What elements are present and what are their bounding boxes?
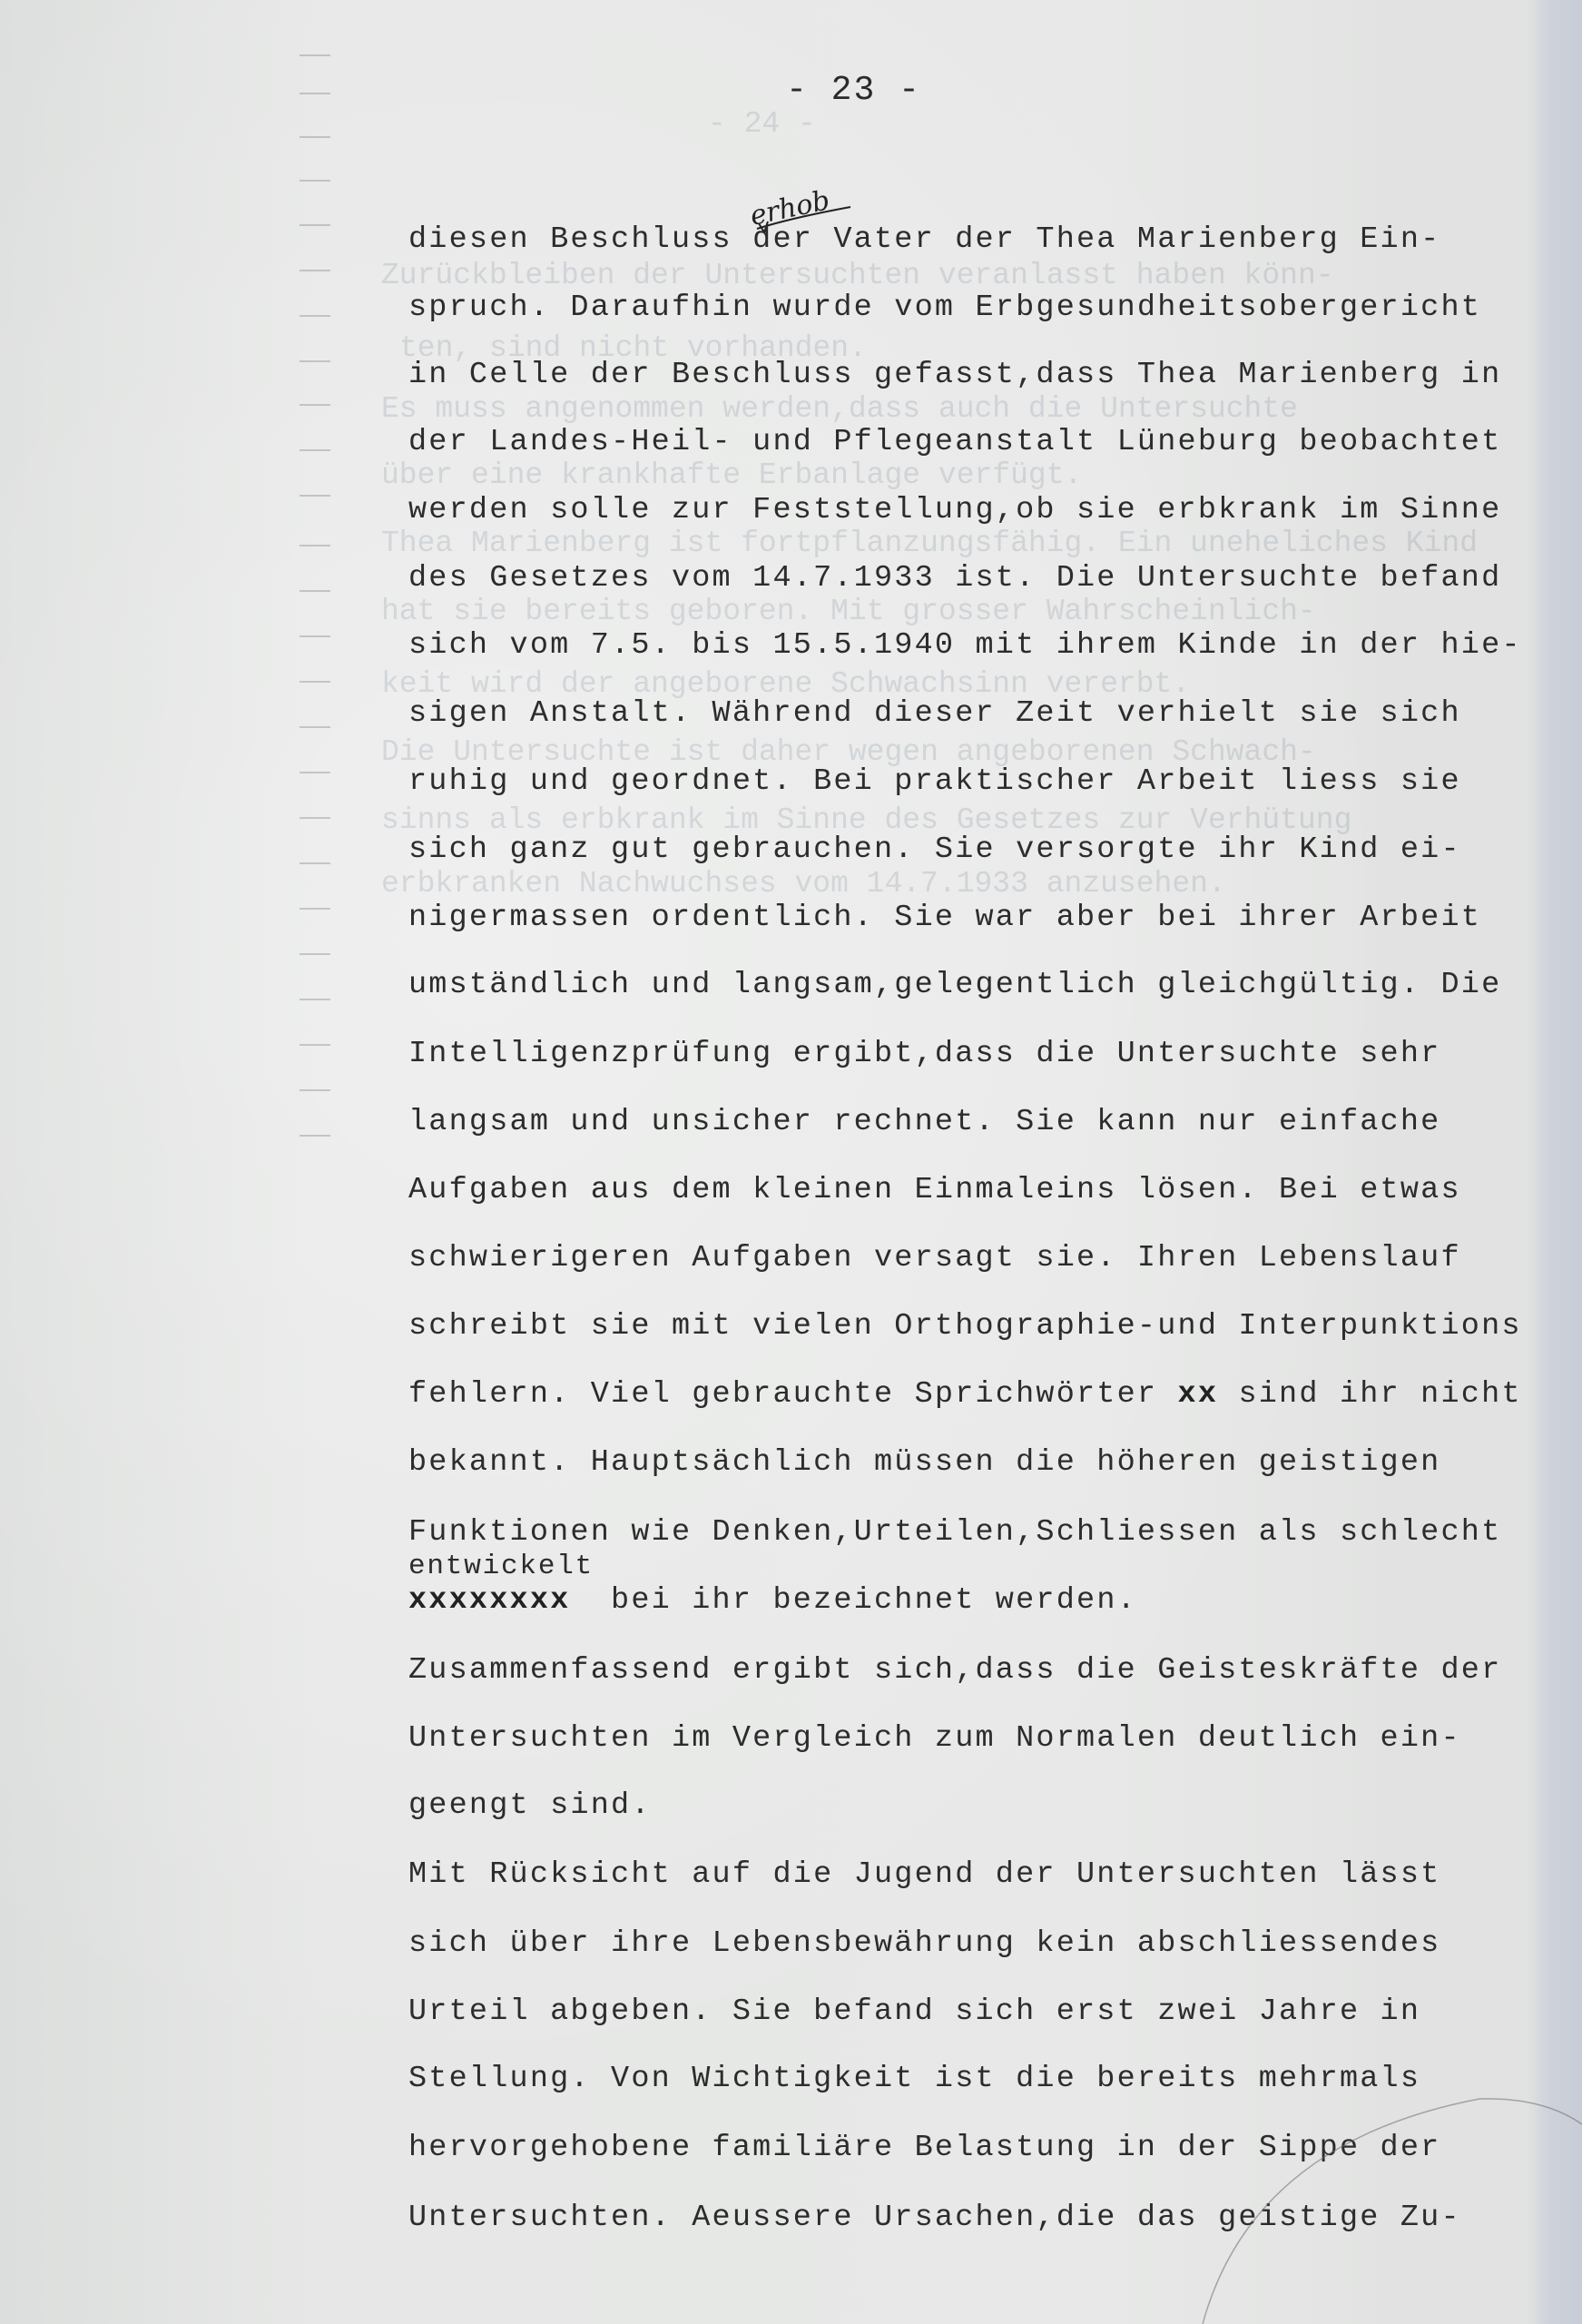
bleed-through-line: hat sie bereits geboren. Mit grosser Wah… [381,595,1316,628]
line-text: Intelligenzprüfung ergibt,dass die Unter… [408,1037,1440,1071]
text-line: Zusammenfassend ergibt sich,dass die Gei… [408,1656,1501,1687]
line-text: schwierigeren Aufgaben versagt sie. Ihre… [408,1241,1461,1275]
text-line: schwierigeren Aufgaben versagt sie. Ihre… [408,1244,1461,1275]
text-line: geengt sind. [408,1791,652,1822]
page-edge-shadow [1528,0,1582,2324]
line-text: entwickelt [408,1551,594,1582]
line-text: Untersuchten im Vergleich zum Normalen d… [408,1721,1461,1756]
bleed-through-line: - 24 - [708,107,816,141]
bleed-through-line: erbkranken Nachwuchses vom 14.7.1933 anz… [381,867,1226,901]
line-text: langsam und unsicher rechnet. Sie kann n… [408,1105,1440,1139]
text-line: der Landes-Heil- und Pflegeanstalt Lüneb… [408,428,1501,458]
line-text: Urteil abgeben. Sie befand sich erst zwe… [408,1994,1420,2029]
line-text: in Celle der Beschluss gefasst,dass Thea… [408,358,1501,392]
text-line: sich ganz gut gebrauchen. Sie versorgte … [408,835,1461,866]
line-text: sich ganz gut gebrauchen. Sie versorgte … [408,832,1461,867]
line-text-continued: sind ihr nicht [1218,1377,1522,1412]
text-line: Funktionen wie Denken,Urteilen,Schliesse… [408,1518,1501,1549]
line-text: fehlern. Viel gebrauchte Sprichwörter [408,1377,1178,1412]
line-text: des Gesetzes vom 14.7.1933 ist. Die Unte… [408,561,1501,596]
text-line: Mit Rücksicht auf die Jugend der Untersu… [408,1860,1440,1891]
line-text: bekannt. Hauptsächlich müssen die höhere… [408,1445,1440,1480]
line-text: der Landes-Heil- und Pflegeanstalt Lüneb… [408,425,1501,459]
text-line: xxxxxxxx bei ihr bezeichnet werden. [408,1586,1137,1617]
line-text: Funktionen wie Denken,Urteilen,Schliesse… [408,1515,1501,1550]
struck-out-text: xx [1178,1380,1219,1411]
line-text: Mit Rücksicht auf die Jugend der Untersu… [408,1857,1440,1892]
text-line: sich vom 7.5. bis 15.5.1940 mit ihrem Ki… [408,631,1522,662]
text-line: ruhig und geordnet. Bei praktischer Arbe… [408,767,1461,798]
text-line: sich über ihre Lebensbewährung kein absc… [408,1929,1440,1960]
line-text-continued: bei ihr bezeichnet werden. [570,1583,1137,1618]
margin-marks [300,0,354,2324]
struck-out-text: xxxxxxxx [408,1586,570,1617]
text-line: werden solle zur Feststellung,ob sie erb… [408,496,1501,527]
line-text: geengt sind. [408,1788,652,1823]
text-line: spruch. Daraufhin wurde vom Erbgesundhei… [408,293,1481,324]
text-line: schreibt sie mit vielen Orthographie-und… [408,1312,1522,1343]
line-text: Aufgaben aus dem kleinen Einmaleins löse… [408,1173,1461,1207]
line-text: umständlich und langsam,gelegentlich gle… [408,968,1501,1002]
text-line: Untersuchten im Vergleich zum Normalen d… [408,1724,1461,1755]
line-text: schreibt sie mit vielen Orthographie-und… [408,1309,1522,1344]
stray-hair-mark [1180,2088,1582,2324]
line-text: werden solle zur Feststellung,ob sie erb… [408,493,1501,527]
bleed-through-line: Es muss angenommen werden,dass auch die … [381,392,1298,426]
bleed-through-line: Zurückbleiben der Untersuchten veranlass… [381,259,1334,292]
text-line: bekannt. Hauptsächlich müssen die höhere… [408,1448,1440,1479]
line-text-continued: der Vater der Thea Marienberg Ein- [752,222,1440,257]
bleed-through-line: Thea Marienberg ist fortpflanzungsfähig.… [381,527,1478,560]
text-line: sigen Anstalt. Während dieser Zeit verhi… [408,699,1461,730]
page-number: - 23 - [0,71,1582,110]
text-line: diesen Beschluss der Vater der Thea Mari… [408,225,1440,256]
text-line: fehlern. Viel gebrauchte Sprichwörter xx… [408,1380,1522,1411]
text-line: entwickelt [408,1552,594,1581]
text-line: nigermassen ordentlich. Sie war aber bei… [408,903,1481,934]
line-text: sich über ihre Lebensbewährung kein absc… [408,1926,1440,1961]
text-line: umständlich und langsam,gelegentlich gle… [408,970,1501,1001]
line-text: sigen Anstalt. Während dieser Zeit verhi… [408,696,1461,731]
bleed-through-line: über eine krankhafte Erbanlage verfügt. [381,458,1082,492]
text-line: in Celle der Beschluss gefasst,dass Thea… [408,360,1501,391]
line-text: sich vom 7.5. bis 15.5.1940 mit ihrem Ki… [408,628,1522,663]
line-text: spruch. Daraufhin wurde vom Erbgesundhei… [408,290,1481,325]
text-line: Aufgaben aus dem kleinen Einmaleins löse… [408,1176,1461,1206]
text-line: langsam und unsicher rechnet. Sie kann n… [408,1108,1440,1138]
text-line: Intelligenzprüfung ergibt,dass die Unter… [408,1039,1440,1070]
line-text: nigermassen ordentlich. Sie war aber bei… [408,901,1481,935]
page-number-text: - 23 - [786,71,921,110]
text-line: des Gesetzes vom 14.7.1933 ist. Die Unte… [408,564,1501,595]
line-text: diesen Beschluss [408,222,752,257]
line-text: Zusammenfassend ergibt sich,dass die Gei… [408,1653,1501,1688]
line-text: ruhig und geordnet. Bei praktischer Arbe… [408,764,1461,799]
text-line: Urteil abgeben. Sie befand sich erst zwe… [408,1997,1420,2028]
